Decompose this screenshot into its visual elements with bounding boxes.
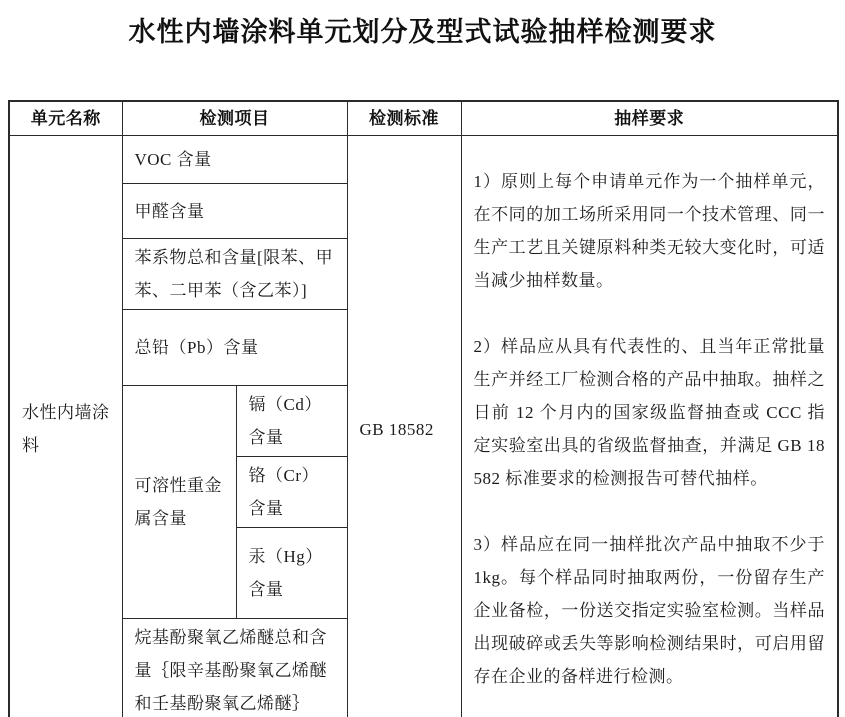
col-header-test-items: 检测项目: [122, 101, 347, 136]
unit-name-cell: 水性内墙涂料: [9, 136, 122, 717]
sampling-requirements-cell: 1）原则上每个申请单元作为一个抽样单元，在不同的加工场所采用同一个技术管理、同一…: [461, 136, 838, 717]
page-title: 水性内墙涂料单元划分及型式试验抽样检测要求: [0, 0, 845, 49]
table-header-row: 单元名称 检测项目 检测标准 抽样要求: [9, 101, 838, 136]
sampling-requirement-3: 3）样品应在同一抽样批次产品中抽取不少于 1kg。每个样品同时抽取两份，一份留存…: [474, 528, 826, 693]
test-item-total-lead: 总铅（Pb）含量: [122, 310, 347, 386]
test-item-formaldehyde: 甲醛含量: [122, 184, 347, 239]
document-page: 水性内墙涂料单元划分及型式试验抽样检测要求 单元名称 检测项目 检测标准 抽样要…: [0, 0, 845, 717]
sampling-requirement-1: 1）原则上每个申请单元作为一个抽样单元，在不同的加工场所采用同一个技术管理、同一…: [474, 165, 826, 297]
col-header-sampling-requirements: 抽样要求: [461, 101, 838, 136]
col-header-test-standard: 检测标准: [347, 101, 461, 136]
test-item-mercury: 汞（Hg）含量: [236, 528, 347, 619]
test-item-soluble-heavy-metals: 可溶性重金属含量: [122, 386, 236, 619]
sampling-requirements-table: 单元名称 检测项目 检测标准 抽样要求 水性内墙涂料 VOC 含量 GB 185…: [8, 100, 839, 717]
test-item-chromium: 铬（Cr）含量: [236, 457, 347, 528]
test-standard-cell: GB 18582: [347, 136, 461, 717]
test-item-apeo: 烷基酚聚氧乙烯醚总和含量｛限辛基酚聚氧乙烯醚和壬基酚聚氧乙烯醚｝: [122, 619, 347, 717]
test-item-cadmium: 镉（Cd）含量: [236, 386, 347, 457]
col-header-unit-name: 单元名称: [9, 101, 122, 136]
table-row: 水性内墙涂料 VOC 含量 GB 18582 1）原则上每个申请单元作为一个抽样…: [9, 136, 838, 184]
test-item-voc: VOC 含量: [122, 136, 347, 184]
test-item-benzene-series: 苯系物总和含量[限苯、甲苯、二甲苯（含乙苯）]: [122, 239, 347, 310]
sampling-requirement-2: 2）样品应从具有代表性的、且当年正常批量生产并经工厂检测合格的产品中抽取。抽样之…: [474, 330, 826, 495]
